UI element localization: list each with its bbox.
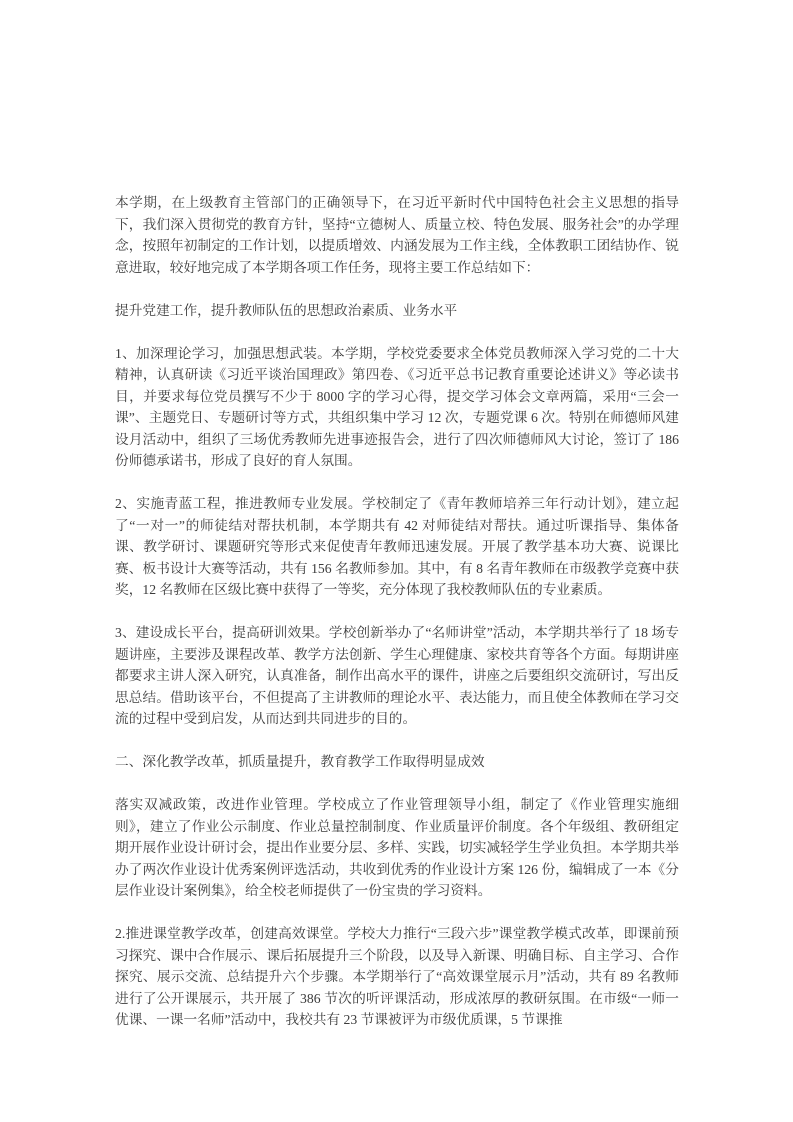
section-1-heading: 提升党建工作，提升教师队伍的思想政治素质、业务水平: [115, 300, 679, 322]
document-content: 本学期，在上级教育主管部门的正确领导下，在习近平新时代中国特色社会主义思想的指导…: [115, 192, 679, 1031]
para-qinglan-project: 2、实施青蓝工程，推进教师专业发展。学校制定了《青年教师培养三年行动计划》，建立…: [115, 493, 679, 601]
intro-paragraph: 本学期，在上级教育主管部门的正确领导下，在习近平新时代中国特色社会主义思想的指导…: [115, 192, 679, 278]
para-classroom-reform: 2.推进课堂教学改革，创建高效课堂。学校大力推行“三段六步”课堂教学模式改革，即…: [115, 923, 679, 1031]
section-2-heading: 二、深化教学改革，抓质量提升，教育教学工作取得明显成效: [115, 751, 679, 773]
para-theory-study: 1、加深理论学习，加强思想武装。本学期，学校党委要求全体党员教师深入学习党的二十…: [115, 343, 679, 472]
para-homework-management: 落实双减政策，改进作业管理。学校成立了作业管理领导小组，制定了《作业管理实施细则…: [115, 794, 679, 902]
para-growth-platform: 3、建设成长平台，提高研训效果。学校创新举办了“名师讲堂”活动，本学期共举行了 …: [115, 622, 679, 730]
document-page: 本学期，在上级教育主管部门的正确领导下，在习近平新时代中国特色社会主义思想的指导…: [0, 0, 793, 1122]
